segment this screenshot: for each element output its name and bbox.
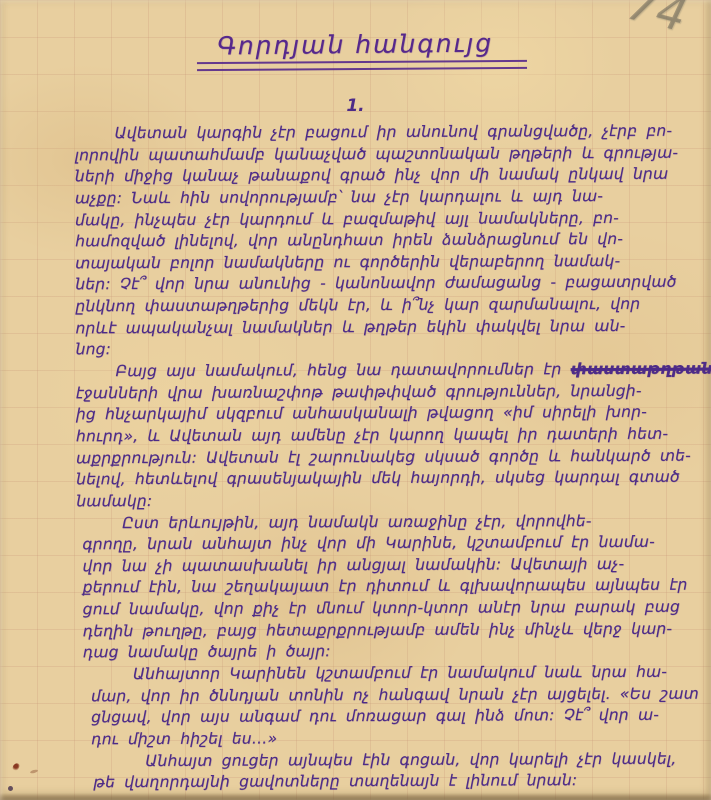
manuscript-line: գրողը, նրան անհայտ ինչ վոր մի Կարինե, կշ… — [82, 532, 672, 556]
line-text: Բայց այս նամակում, հենց նա դատավորումներ… — [116, 360, 571, 380]
title-underline — [197, 60, 527, 71]
manuscript-line: որևէ ապականչալ նամակներ և թղթեր եկին փակ… — [75, 315, 671, 339]
manuscript-line: Բայց այս նամակում, հենց նա դատավորումներ… — [76, 359, 672, 383]
manuscript-line: նելով, հետևելով գրասենյակային մեկ հայորդ… — [76, 467, 672, 491]
manuscript-line: աչքը: Նաև հին սովորությամբ՝ նա չէր կարդա… — [75, 186, 671, 210]
ink-speck — [30, 769, 39, 774]
manuscript-line: տայական բոլոր նամակները ու գործերին վերա… — [75, 251, 671, 275]
manuscript-line: Ըստ երևույթին, այդ նամակն առաջինը չէր, վ… — [82, 510, 672, 534]
manuscript-line: մակը, ինչպես չէր կարդում և բազմաթիվ այլ … — [75, 207, 671, 231]
manuscript-line: համոզված լինելով, վոր անընդհատ իրեն ձանձ… — [75, 229, 671, 253]
manuscript-line: լորովին պատահմամբ կանաչված պաշտոնական թղ… — [75, 142, 671, 166]
manuscript-line: մար, վոր իր ծննդյան տոնին ոչ հանգավ նրան… — [91, 683, 673, 707]
page-title: Գորդյան հանգույց — [217, 29, 493, 61]
manuscript-line: թե վաղորդայնի ցավոտները տաղենայն է լինու… — [93, 770, 673, 794]
manuscript-line: ցնցավ, վոր այս անգամ դու մոռացար գալ ինձ… — [91, 705, 673, 729]
manuscript-line: դեղին թուղթը, բայց հետաքրքրությամբ ամեն … — [83, 618, 673, 642]
manuscript-line: ցում նամակը, վոր քիչ էր մնում կտոր-կտոր … — [83, 597, 673, 621]
ink-speck — [12, 762, 21, 772]
section-number: 1. — [0, 96, 711, 116]
manuscript-line: Ավետան կարգին չէր բացում իր անունով գրան… — [75, 121, 671, 145]
manuscript-line: ից հնչարկայիմ սկզբում անհասկանալի թվացող… — [76, 402, 672, 426]
manuscript-line: վոր նա չի պատասխանել իր անցյալ նամակին: … — [82, 554, 672, 578]
manuscript-page: 74 Գորդյան հանգույց 1. Ավետան կարգին չէր… — [0, 0, 711, 800]
struck-word: փաստաթղթանները — [571, 359, 711, 378]
manuscript-line: աքրքրություն: Ավետան էլ շարունակեց սկսած… — [76, 445, 672, 469]
title-block: Գորդյան հանգույց — [0, 30, 711, 59]
manuscript-line: ընկնող փաստաթղթերից մեկն էր, և ի՞նչ կար … — [75, 294, 671, 318]
manuscript-line: Անհայտ ցուցեր այնպես էին գոցան, վոր կարե… — [93, 748, 673, 772]
manuscript-line: նամակը: — [76, 489, 672, 513]
manuscript-line: ների միջից կանաչ թանաքով գրած ինչ վոր մի… — [75, 164, 671, 188]
manuscript-line: դու միշտ հիշել ես…» — [91, 727, 673, 751]
manuscript-line: Անհայտոր Կարինեն կշտամբում էր նամակում ն… — [91, 662, 673, 686]
manuscript-line: հուրդ», և Ավետան այդ ամենը չէր կարող կապ… — [76, 424, 672, 448]
ink-speck — [8, 786, 13, 791]
manuscript-line: ներ: Չէ՞ վոր նրա անունից - կանոնավոր ժամ… — [75, 272, 671, 296]
manuscript-line: դաց նամակը ծայրե ի ծայր: — [83, 640, 673, 664]
manuscript-line: էջանների վրա խառնաշփոթ թափթփված գրությու… — [76, 380, 672, 404]
manuscript-line: քերում էին, նա շեղակայատ էր դիտում և գլխ… — [83, 575, 673, 599]
manuscript-text: Ավետան կարգին չէր բացում իր անունով գրան… — [75, 121, 674, 794]
manuscript-line: նոց: — [75, 337, 671, 361]
